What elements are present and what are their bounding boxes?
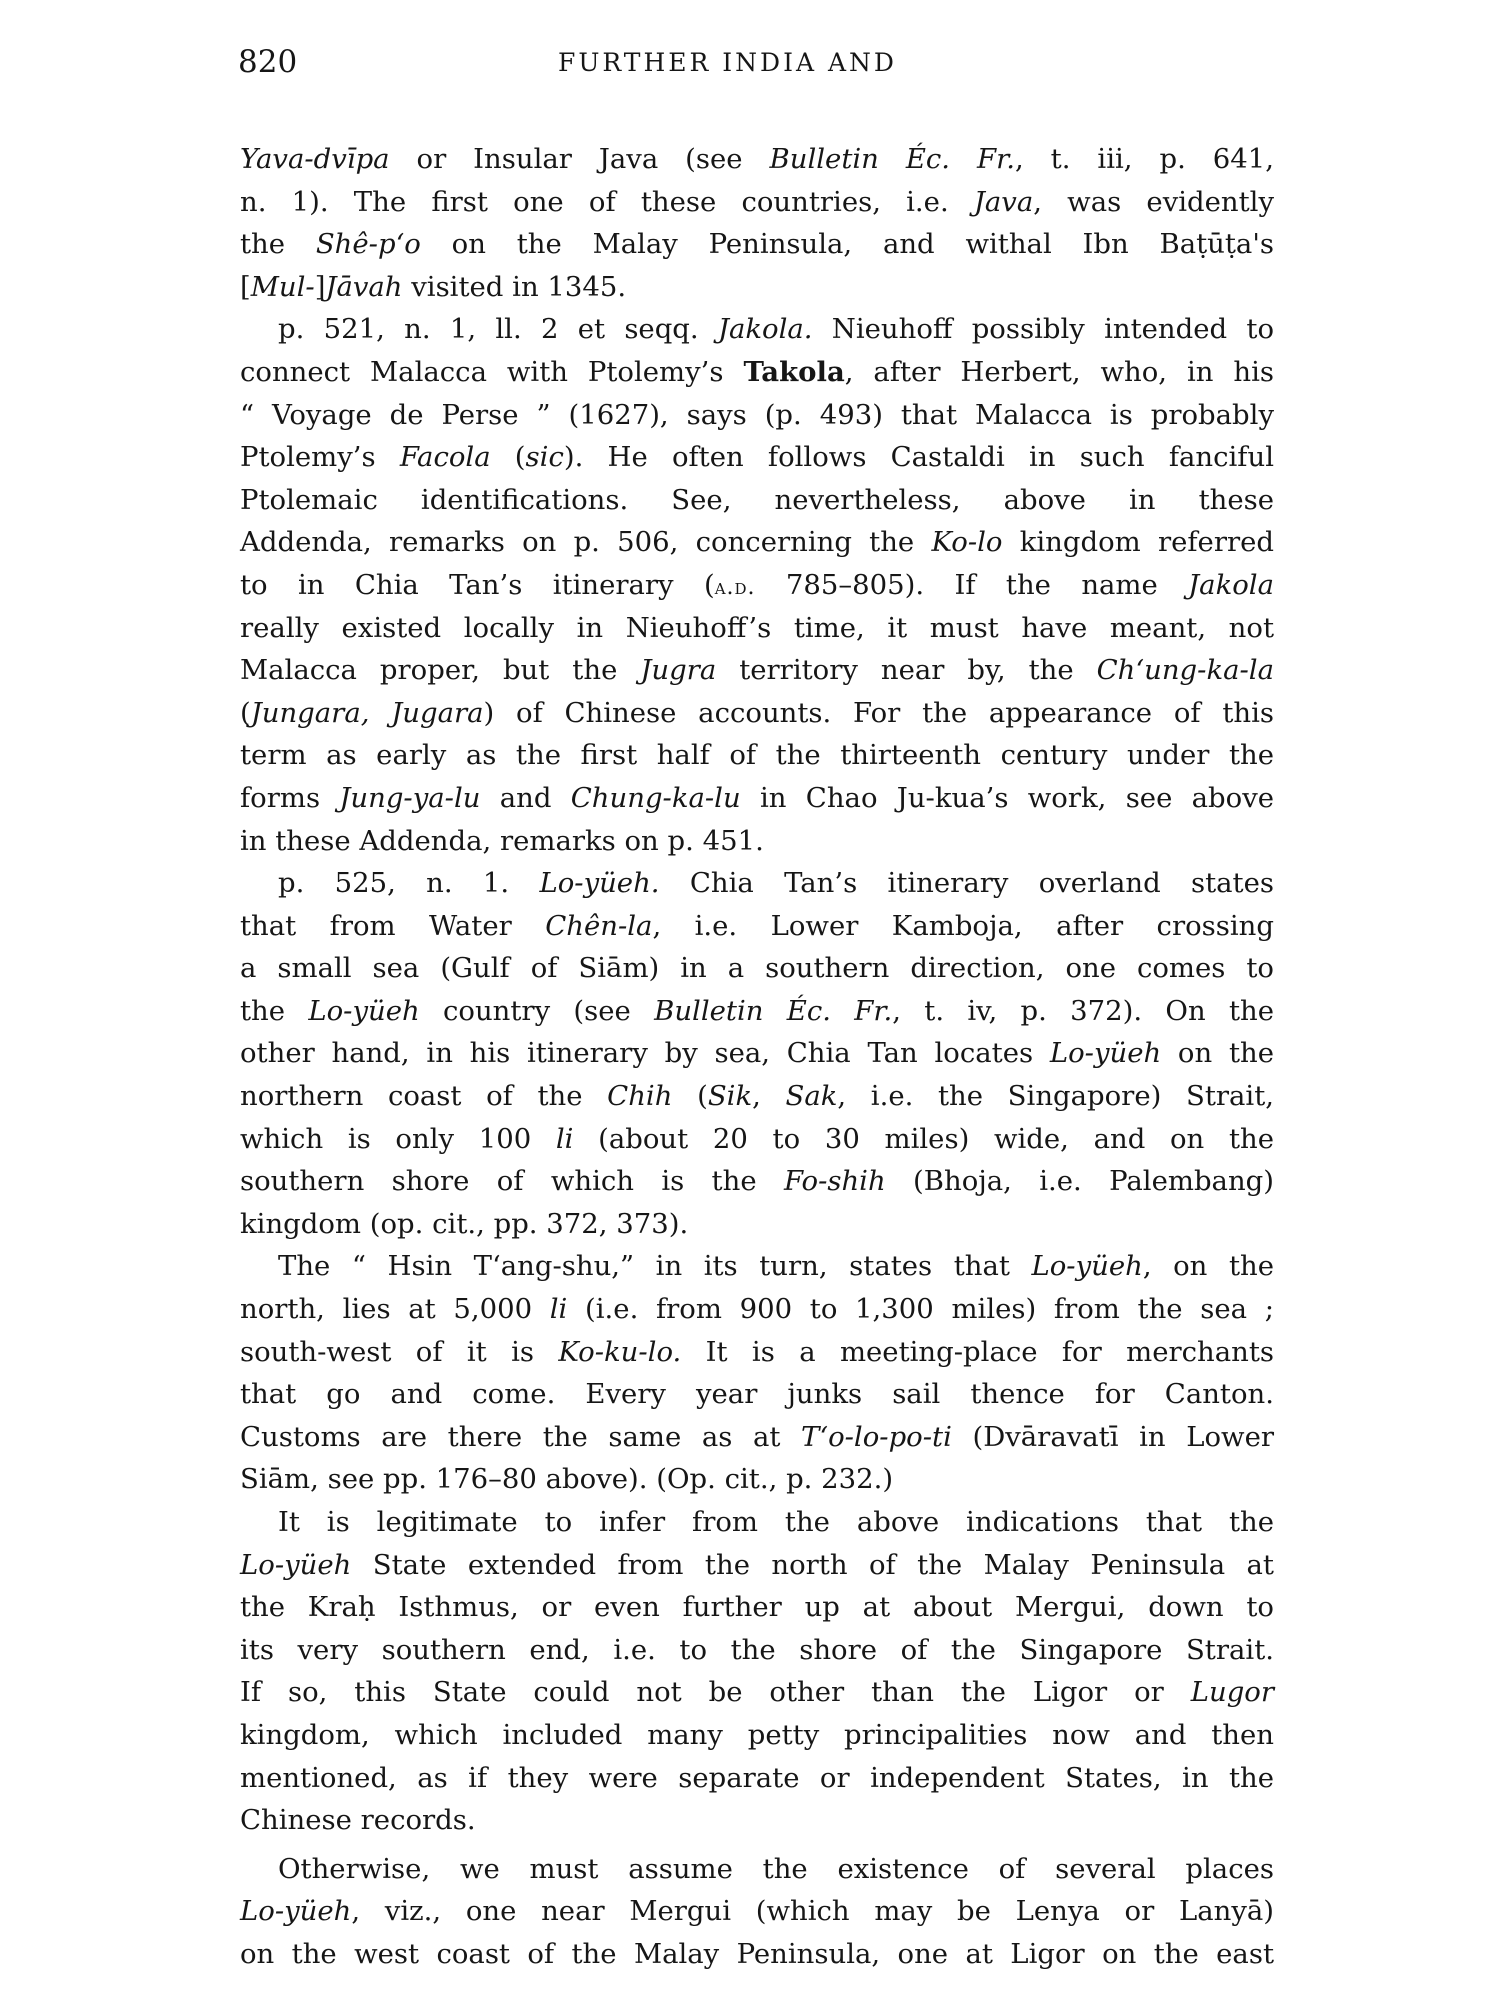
text-segment: the Kraḥ Isthmus, or even further up at … (240, 1591, 1274, 1623)
text-segment: p. 525, n. 1. (278, 867, 539, 899)
italic-text: Jāvah (325, 271, 402, 303)
text-segment: Chia Tan’s itinerary overland states (660, 867, 1274, 899)
text-line: southern shore of which is the Fo-shih (… (240, 1160, 1274, 1203)
text-segment: Siām, see pp. 176–80 above). (Op. cit., … (240, 1463, 893, 1495)
italic-text: Sik (708, 1080, 752, 1112)
text-segment: , t. iv, p. 372). On the (892, 995, 1274, 1027)
text-segment: kingdom, which included many petty princ… (240, 1719, 1274, 1751)
italic-text: Lo-yüeh (1031, 1250, 1142, 1282)
text-segment: , was evidently (1033, 186, 1274, 218)
italic-text: Sak (786, 1080, 838, 1112)
italic-text: Ch‘ung-ka-la (1097, 654, 1274, 686)
text-line: Ptolemaic identifications. See, neverthe… (240, 479, 1274, 522)
text-line: [Mul-]Jāvah visited in 1345. (240, 266, 1274, 309)
italic-text: Jungara, Jugara (251, 697, 484, 729)
italic-text: Java (974, 186, 1033, 218)
text-segment: (i.e. from 900 to 1,300 miles) from the … (567, 1293, 1274, 1325)
text-segment: Customs are there the same as at (240, 1421, 801, 1453)
text-line: Ptolemy’s Facola (sic). He often follows… (240, 436, 1274, 479)
text-segment: in Chao Ju-kua’s work, see above (741, 782, 1274, 814)
text-segment: , t. iii, p. 641, (1015, 143, 1274, 175)
text-segment: territory near by, the (716, 654, 1096, 686)
text-line: If so, this State could not be other tha… (240, 1671, 1274, 1714)
bold-text: Takola (743, 356, 844, 388)
text-segment: ] (315, 271, 326, 303)
text-segment: Chinese records. (240, 1804, 476, 1836)
italic-text: Lo-yüeh. (539, 867, 659, 899)
text-segment: the (240, 228, 316, 260)
italic-text: sic (526, 441, 564, 473)
text-segment: and (480, 782, 570, 814)
italic-text: Mul- (251, 271, 315, 303)
page-number: 820 (238, 44, 297, 80)
italic-text: Fo-shih (784, 1165, 886, 1197)
text-segment: Malacca proper, but the (240, 654, 640, 686)
text-segment: (Bhoja, i.e. Palembang) (886, 1165, 1274, 1197)
text-segment: State extended from the north of the Mal… (351, 1549, 1274, 1581)
text-segment: really existed locally in Nieuhoff’s tim… (240, 612, 1274, 644)
text-segment: p. 521, n. 1, ll. 2 et seqq. (278, 313, 718, 345)
italic-text: Ko-ku-lo. (558, 1336, 681, 1368)
text-segment: (about 20 to 30 miles) wide, and on the (573, 1123, 1274, 1155)
italic-text: Chên-la (545, 910, 652, 942)
text-line: Otherwise, we must assume the existence … (240, 1848, 1274, 1891)
text-segment: south-west of it is (240, 1336, 558, 1368)
text-segment: northern coast of the (240, 1080, 607, 1112)
text-line: Customs are there the same as at T‘o-lo-… (240, 1416, 1274, 1459)
italic-text: Yava-dvīpa (240, 143, 390, 175)
text-line: connect Malacca with Ptolemy’s Takola, a… (240, 351, 1274, 394)
text-line: forms Jung-ya-lu and Chung-ka-lu in Chao… (240, 777, 1274, 820)
text-segment: country (see (420, 995, 654, 1027)
text-segment: on the Malay Peninsula, and withal Ibn B… (421, 228, 1274, 260)
text-segment: ( (240, 697, 251, 729)
text-segment: kingdom referred (1002, 526, 1274, 558)
text-segment: the (240, 995, 308, 1027)
text-segment: visited in 1345. (403, 271, 627, 303)
italic-text: Lugor (1191, 1676, 1274, 1708)
text-segment: a small sea (Gulf of Siām) in a southern… (240, 952, 1274, 984)
text-line: to in Chia Tan’s itinerary (a.d. 785–805… (240, 564, 1274, 607)
text-segment: to in Chia Tan’s itinerary ( (240, 569, 715, 601)
text-segment: , i.e. the Singapore) Strait, (837, 1080, 1274, 1112)
running-head: 820 FURTHER INDIA AND (238, 44, 1278, 84)
text-line: Chinese records. (240, 1799, 1274, 1842)
text-segment: kingdom (op. cit., pp. 372, 373). (240, 1208, 688, 1240)
italic-text: li (550, 1293, 568, 1325)
text-line: its very southern end, i.e. to the shore… (240, 1629, 1274, 1672)
text-line: mentioned, as if they were separate or i… (240, 1757, 1274, 1800)
text-line: that go and come. Every year junks sail … (240, 1373, 1274, 1416)
text-line: n. 1). The first one of these countries,… (240, 181, 1274, 224)
text-segment: term as early as the first half of the t… (240, 739, 1274, 771)
italic-text: Jakola (1188, 569, 1274, 601)
text-line: south-west of it is Ko-ku-lo. It is a me… (240, 1331, 1274, 1374)
text-segment: Nieuhoff possibly intended to (813, 313, 1274, 345)
text-line: Yava-dvīpa or Insular Java (see Bulletin… (240, 138, 1274, 181)
italic-text: T‘o-lo-po-ti (801, 1421, 952, 1453)
text-segment: on the west coast of the Malay Peninsula… (240, 1938, 1274, 1970)
text-line: on the west coast of the Malay Peninsula… (240, 1933, 1274, 1976)
text-segment: Otherwise, we must assume the existence … (278, 1853, 1274, 1885)
text-segment: or Insular Java (see (390, 143, 770, 175)
text-line: term as early as the first half of the t… (240, 734, 1274, 777)
text-segment: It is legitimate to infer from the above… (278, 1506, 1274, 1538)
text-line: It is legitimate to infer from the above… (240, 1501, 1274, 1544)
text-segment: Ptolemy’s (240, 441, 400, 473)
italic-text: Jugra (640, 654, 716, 686)
text-line: Malacca proper, but the Jugra territory … (240, 649, 1274, 692)
text-line: p. 525, n. 1. Lo-yüeh. Chia Tan’s itiner… (240, 862, 1274, 905)
text-line: The “ Hsin T‘ang-shu,” in its turn, stat… (240, 1245, 1274, 1288)
text-segment: The “ Hsin T‘ang-shu,” in its turn, stat… (278, 1250, 1031, 1282)
text-segment: (Dvāravatī in Lower (952, 1421, 1274, 1453)
text-line: northern coast of the Chih (Sik, Sak, i.… (240, 1075, 1274, 1118)
text-segment: that go and come. Every year junks sail … (240, 1378, 1274, 1410)
text-line: really existed locally in Nieuhoff’s tim… (240, 607, 1274, 650)
italic-text: Shê-p‘o (316, 228, 421, 260)
text-segment: , i.e. Lower Kamboja, after crossing (652, 910, 1274, 942)
text-segment: north, lies at 5,000 (240, 1293, 550, 1325)
italic-text: Facola (400, 441, 491, 473)
text-segment: ). He often follows Castaldi in such fan… (564, 441, 1274, 473)
text-segment: Addenda, remarks on p. 506, concerning t… (240, 526, 931, 558)
text-line: in these Addenda, remarks on p. 451. (240, 820, 1274, 863)
text-segment: 785–805). If the name (756, 569, 1189, 601)
italic-text: Lo-yüeh (240, 1895, 351, 1927)
text-segment: connect Malacca with Ptolemy’s (240, 356, 743, 388)
text-segment: Ptolemaic identifications. See, neverthe… (240, 484, 1274, 516)
italic-text: Jung-ya-lu (339, 782, 480, 814)
text-line: Siām, see pp. 176–80 above). (Op. cit., … (240, 1458, 1274, 1501)
text-line: which is only 100 li (about 20 to 30 mil… (240, 1118, 1274, 1161)
italic-text: li (556, 1123, 574, 1155)
book-page: 820 FURTHER INDIA AND Yava-dvīpa or Insu… (0, 0, 1500, 2000)
italic-text: Ko-lo (931, 526, 1002, 558)
text-segment: , on the (1143, 1250, 1274, 1282)
text-segment: mentioned, as if they were separate or i… (240, 1762, 1274, 1794)
body-text: Yava-dvīpa or Insular Java (see Bulletin… (240, 138, 1274, 1976)
text-segment: It is a meeting-place for merchants (681, 1336, 1274, 1368)
text-segment: “ Voyage de Perse ” (1627), says (p. 493… (240, 399, 1274, 431)
text-line: Addenda, remarks on p. 506, concerning t… (240, 521, 1274, 564)
text-segment: forms (240, 782, 339, 814)
text-line: north, lies at 5,000 li (i.e. from 900 t… (240, 1288, 1274, 1331)
text-line: Lo-yüeh, viz., one near Mergui (which ma… (240, 1890, 1274, 1933)
text-segment: southern shore of which is the (240, 1165, 784, 1197)
text-line: that from Water Chên-la, i.e. Lower Kamb… (240, 905, 1274, 948)
italic-text: Lo-yüeh (308, 995, 419, 1027)
text-segment: in these Addenda, remarks on p. 451. (240, 825, 764, 857)
text-line: (Jungara, Jugara) of Chinese accounts. F… (240, 692, 1274, 735)
italic-text: Bulletin Éc. Fr. (770, 143, 1015, 175)
italic-text: Jakola. (718, 313, 813, 345)
text-line: p. 521, n. 1, ll. 2 et seqq. Jakola. Nie… (240, 308, 1274, 351)
text-segment: If so, this State could not be other tha… (240, 1676, 1191, 1708)
text-segment: [ (240, 271, 251, 303)
text-line: other hand, in his itinerary by sea, Chi… (240, 1032, 1274, 1075)
text-line: the Shê-p‘o on the Malay Peninsula, and … (240, 223, 1274, 266)
text-line: the Lo-yüeh country (see Bulletin Éc. Fr… (240, 990, 1274, 1033)
text-segment: on the (1161, 1037, 1274, 1069)
text-line: kingdom, which included many petty princ… (240, 1714, 1274, 1757)
small-caps-text: a.d. (715, 575, 756, 600)
text-segment: n. 1). The first one of these countries,… (240, 186, 974, 218)
text-segment: other hand, in his itinerary by sea, Chi… (240, 1037, 1050, 1069)
text-line: Lo-yüeh State extended from the north of… (240, 1544, 1274, 1587)
text-line: “ Voyage de Perse ” (1627), says (p. 493… (240, 394, 1274, 437)
text-line: kingdom (op. cit., pp. 372, 373). (240, 1203, 1274, 1246)
running-title: FURTHER INDIA AND (558, 48, 897, 77)
text-line: the Kraḥ Isthmus, or even further up at … (240, 1586, 1274, 1629)
text-line: a small sea (Gulf of Siām) in a southern… (240, 947, 1274, 990)
italic-text: Chung-ka-lu (571, 782, 741, 814)
text-segment: which is only 100 (240, 1123, 556, 1155)
text-segment: that from Water (240, 910, 545, 942)
italic-text: Chih (607, 1080, 672, 1112)
italic-text: Lo-yüeh (1050, 1037, 1161, 1069)
text-segment: ( (491, 441, 526, 473)
italic-text: Lo-yüeh (240, 1549, 351, 1581)
text-segment: ( (672, 1080, 707, 1112)
italic-text: Bulletin Éc. Fr. (654, 995, 892, 1027)
text-segment: its very southern end, i.e. to the shore… (240, 1634, 1274, 1666)
text-segment: , viz., one near Mergui (which may be Le… (351, 1895, 1274, 1927)
text-segment: , after Herbert, who, in his (845, 356, 1274, 388)
text-segment: ) of Chinese accounts. For the appearanc… (484, 697, 1275, 729)
text-segment: , (752, 1080, 785, 1112)
